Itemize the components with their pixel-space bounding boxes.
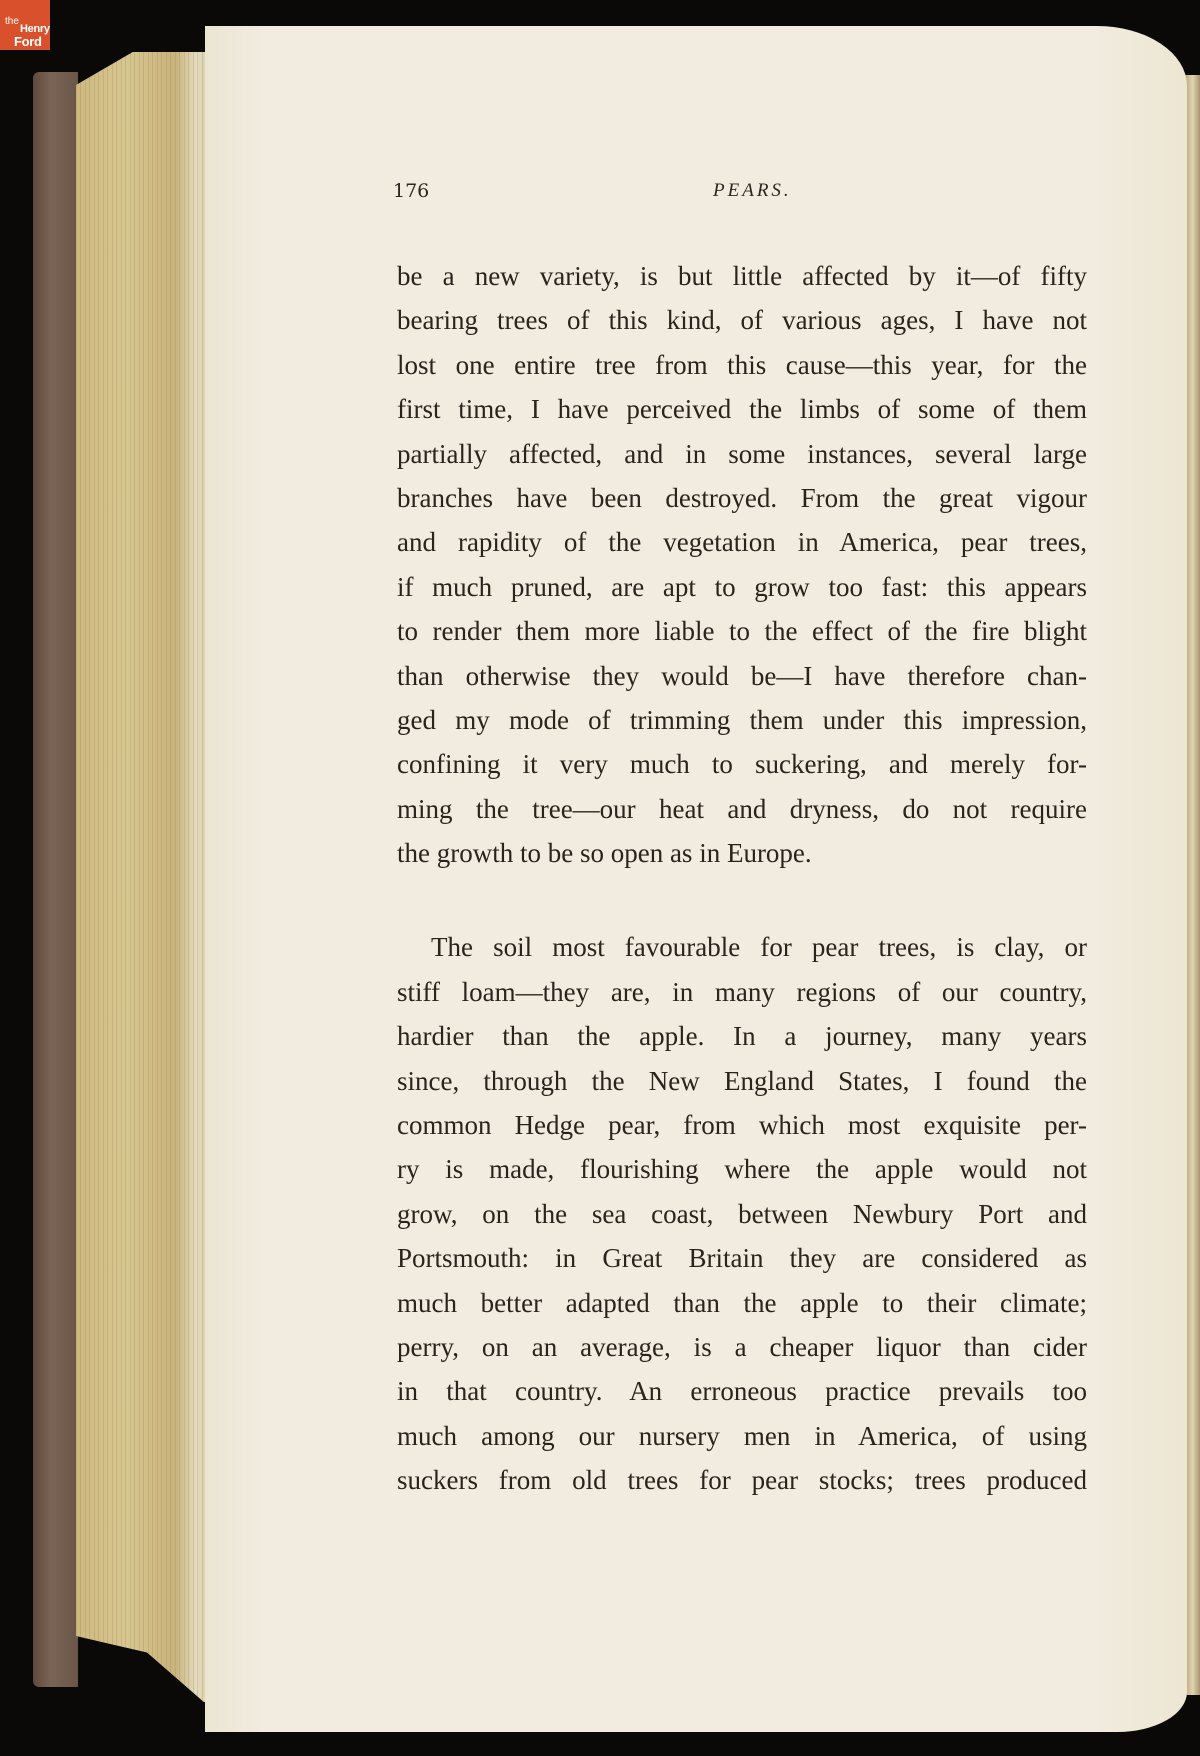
text-line: ged my mode of trimming them under this … [397,698,1087,742]
text-line: bearing trees of this kind, of various a… [397,298,1087,342]
running-head: PEARS. [713,180,792,202]
text-line: than otherwise they would be—I have ther… [397,654,1087,698]
text-line: the growth to be so open as in Europe. [397,831,1087,875]
text-line: ry is made, flourishing where the apple … [397,1147,1087,1191]
page-number: 176 [393,180,429,202]
text-line: confining it very much to suckering, and… [397,742,1087,786]
text-line: in that country. An erroneous practice p… [397,1369,1087,1413]
text-line: be a new variety, is but little affected… [397,254,1087,298]
page-header: 176 PEARS. [393,180,823,210]
text-line: first time, I have perceived the limbs o… [397,387,1087,431]
text-line: Portsmouth: in Great Britain they are co… [397,1236,1087,1280]
text-line: grow, on the sea coast, between Newbury … [397,1192,1087,1236]
text-line: The soil most favourable for pear trees,… [397,925,1087,969]
text-line: if much pruned, are apt to grow too fast… [397,565,1087,609]
text-line: much among our nursery men in America, o… [397,1414,1087,1458]
text-line: stiff loam—they are, in many regions of … [397,970,1087,1014]
text-line: lost one entire tree from this cause—thi… [397,343,1087,387]
logo-ford: Ford [14,35,42,48]
text-line: to render them more liable to the effect… [397,609,1087,653]
text-line: perry, on an average, is a cheaper liquo… [397,1325,1087,1369]
text-line: common Hedge pear, from which most exqui… [397,1103,1087,1147]
page-edges [76,52,218,1702]
text-line: suckers from old trees for pear stocks; … [397,1458,1087,1502]
text-line: branches have been destroyed. From the g… [397,476,1087,520]
text-line: since, through the New England States, I… [397,1059,1087,1103]
body-text: be a new variety, is but little affected… [397,254,1087,1503]
text-line: and rapidity of the vegetation in Americ… [397,520,1087,564]
text-line: much better adapted than the apple to th… [397,1281,1087,1325]
book-binding [33,72,78,1687]
text-line: hardier than the apple. In a journey, ma… [397,1014,1087,1058]
paragraph-2: The soil most favourable for pear trees,… [397,925,1087,1502]
henry-ford-logo: the Henry Ford [0,0,50,50]
logo-the: the [5,17,19,27]
paragraph-1: be a new variety, is but little affected… [397,254,1087,875]
text-line: partially affected, and in some instance… [397,432,1087,476]
text-line: ming the tree—our heat and dryness, do n… [397,787,1087,831]
